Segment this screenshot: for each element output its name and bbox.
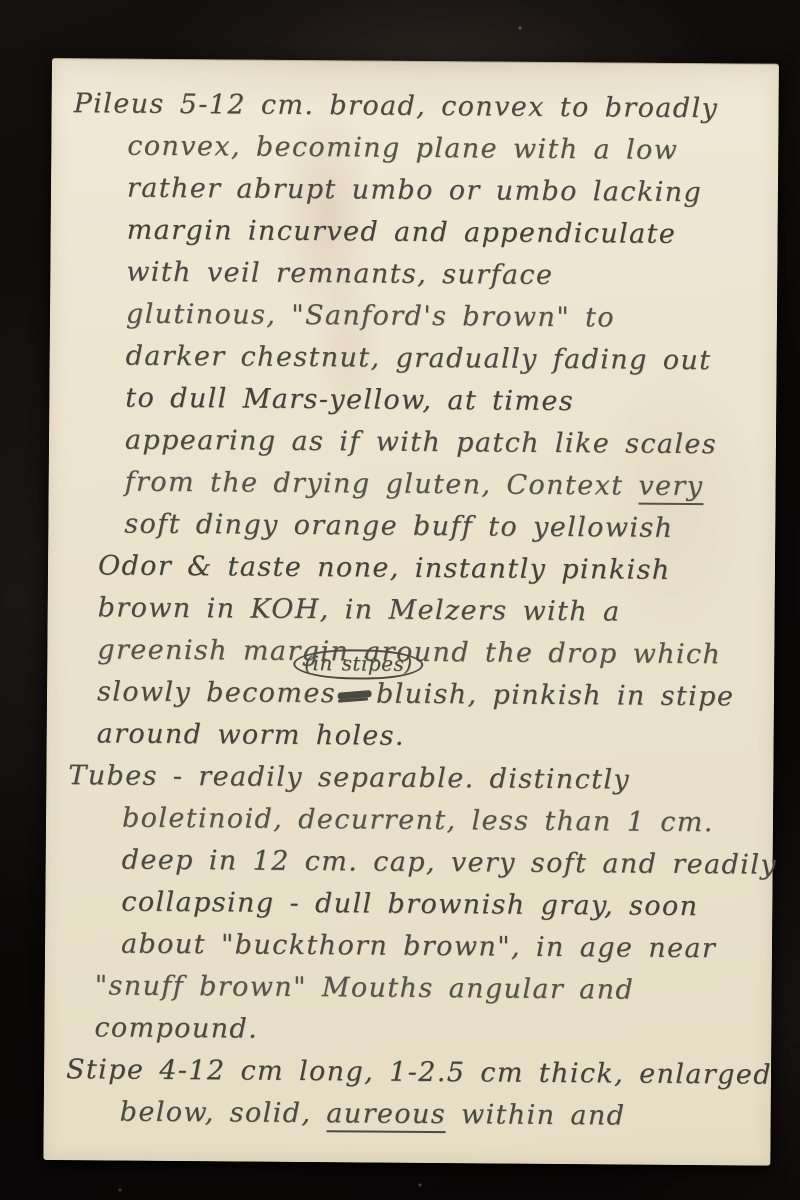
- handwritten-line-13: brown in KOH, in Melzers with a: [98, 588, 767, 635]
- handwritten-line-15: (in stipes)slowly becomesbluish, pinkish…: [97, 672, 766, 719]
- handwritten-line-10: from the drying gluten, Context very: [124, 463, 767, 510]
- underlined-word: aureous: [326, 1098, 446, 1133]
- handwritten-line-6: glutinous, "Sanford's brown" to: [126, 295, 769, 342]
- strikethrough-scribble: [337, 690, 371, 700]
- handwritten-line-11: soft dingy orange buff to yellowish: [124, 505, 767, 552]
- text-segment: collapsing - dull brownish gray, soon: [121, 887, 698, 923]
- handwritten-line-24: Stipe 4-12 cm long, 1-2.5 cm thick, enla…: [66, 1050, 763, 1097]
- text-segment: Stipe 4-12 cm long, 1-2.5 cm thick, enla…: [66, 1054, 772, 1091]
- text-segment: glutinous, "Sanford's brown" to: [126, 299, 615, 334]
- text-segment: compound.: [94, 1012, 258, 1044]
- handwriting-text: Pileus 5-12 cm. broad, convex to broadly…: [58, 84, 771, 1140]
- handwritten-line-3: rather abrupt umbo or umbo lacking: [127, 169, 770, 216]
- handwritten-line-17: Tubes - readily separable. distinctly: [68, 756, 765, 803]
- text-segment: soft dingy orange buff to yellowish: [124, 509, 673, 544]
- handwritten-line-20: collapsing - dull brownish gray, soon: [121, 883, 764, 930]
- handwritten-line-4: margin incurved and appendiculate: [126, 211, 769, 258]
- text-segment: rather abrupt umbo or umbo lacking: [127, 173, 702, 209]
- handwritten-line-22: "snuff brown" Mouths angular and: [95, 966, 764, 1013]
- handwritten-line-18: boletinoid, decurrent, less than 1 cm.: [122, 799, 765, 846]
- handwritten-line-8: to dull Mars-yellow, at times: [125, 379, 768, 426]
- underlined-word: very: [638, 471, 703, 506]
- text-segment: margin incurved and appendiculate: [127, 215, 677, 250]
- handwritten-line-16: around worm holes.: [97, 714, 766, 761]
- circled-insertion: (in stipes): [293, 649, 424, 680]
- text-segment: slowly becomes: [97, 676, 336, 709]
- text-segment: around worm holes.: [97, 718, 405, 751]
- handwritten-line-19: deep in 12 cm. cap, very soft and readil…: [122, 841, 765, 888]
- text-segment: below, solid,: [120, 1097, 327, 1130]
- text-segment: from the drying gluten, Context: [125, 467, 639, 502]
- text-segment: convex, becoming plane with a low: [127, 131, 678, 166]
- text-segment: about "buckthorn brown", in age near: [121, 929, 716, 965]
- photo-background: Pileus 5-12 cm. broad, convex to broadly…: [0, 0, 800, 1200]
- handwritten-line-1: Pileus 5-12 cm. broad, convex to broadly: [73, 84, 770, 131]
- handwritten-line-9: appearing as if with patch like scales: [125, 421, 768, 468]
- text-segment: deep in 12 cm. cap, very soft and readil…: [122, 845, 777, 881]
- text-segment: darker chestnut, gradually fading out: [126, 341, 712, 377]
- text-segment: Odor & taste none, instantly pinkish: [98, 550, 671, 585]
- handwritten-line-14: greenish margin around the drop which: [97, 630, 766, 677]
- text-segment: bluish, pinkish in stipe: [376, 679, 735, 713]
- text-segment: within and: [446, 1099, 626, 1131]
- text-segment: brown in KOH, in Melzers with a: [98, 592, 621, 627]
- text-segment: "snuff brown" Mouths angular and: [95, 970, 635, 1005]
- text-segment: to dull Mars-yellow, at times: [125, 383, 574, 418]
- handwritten-line-23: compound.: [94, 1008, 763, 1055]
- handwritten-line-12: Odor & taste none, instantly pinkish: [98, 546, 767, 593]
- handwritten-line-21: about "buckthorn brown", in age near: [121, 925, 764, 972]
- handwritten-line-5: with veil remnants, surface: [126, 253, 769, 300]
- index-card: Pileus 5-12 cm. broad, convex to broadly…: [43, 58, 779, 1166]
- text-segment: appearing as if with patch like scales: [125, 425, 717, 461]
- text-segment: Tubes - readily separable. distinctly: [68, 760, 630, 795]
- text-segment: with veil remnants, surface: [126, 257, 553, 291]
- handwritten-line-25: below, solid, aureous within and: [120, 1093, 763, 1140]
- text-segment: boletinoid, decurrent, less than 1 cm.: [122, 803, 714, 839]
- handwritten-line-2: convex, becoming plane with a low: [127, 127, 770, 174]
- text-segment: Pileus 5-12 cm. broad, convex to broadly: [74, 88, 719, 124]
- handwritten-line-7: darker chestnut, gradually fading out: [125, 337, 768, 384]
